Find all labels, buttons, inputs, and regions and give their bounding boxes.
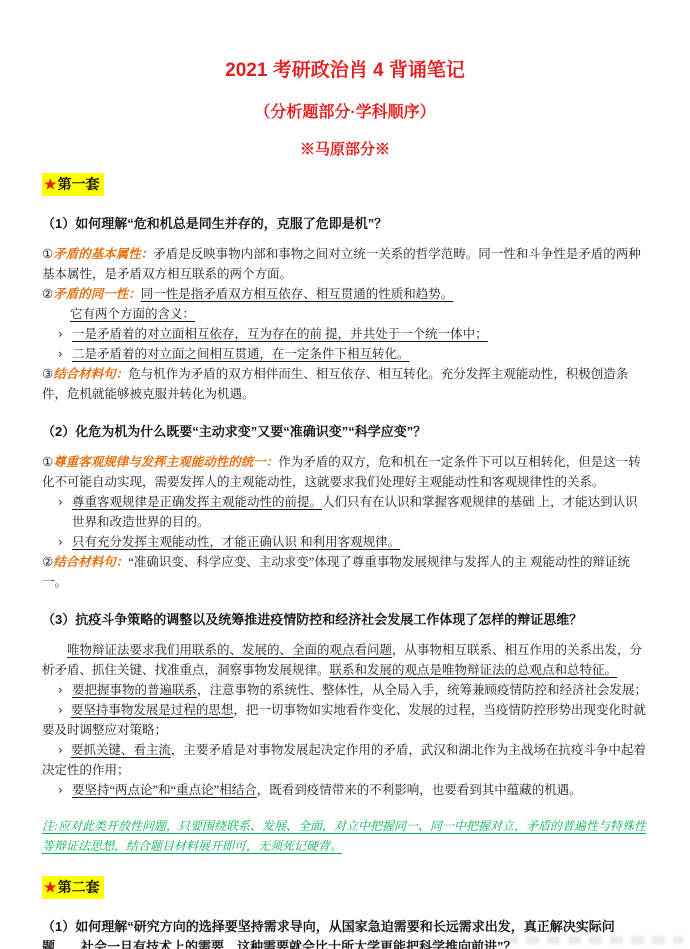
set1-highlight: ★第一套 <box>42 173 104 196</box>
bullet-arrow-icon: › <box>58 703 63 717</box>
note-text: 注:应对此类开放性问题，只要围绕联系、发展、全面，对立中把握同一、同一中把握对立… <box>42 819 646 853</box>
term-label: 矛盾的基本属性： <box>53 247 153 261</box>
circled-number: ② <box>42 555 53 569</box>
bullet-item: ›要坚持“两点论”和“重点论”相结合，既看到疫情带来的不利影响，也要看到其中蕴藏… <box>42 780 648 800</box>
bullet-item: ›要把握事物的普遍联系，注意事物的系统性、整体性，从全局入手，统筹兼顾疫情防控和… <box>42 680 648 700</box>
term-label: 结合材料句： <box>53 555 128 569</box>
teacher-note: 注:应对此类开放性问题，只要围绕联系、发展、全面，对立中把握同一、同一中把握对立… <box>42 816 648 856</box>
question-title-set2-1: （1）如何理解“研究方向的选择要坚持需求导向，从国家急迫需要和长远需求出发，真正… <box>42 917 648 949</box>
page-title: 2021 考研政治肖 4 背诵笔记 <box>42 55 648 82</box>
question-title-2: （2）化危为机为什么既要“主动求变”又要“准确识变”“科学应变”？ <box>42 422 648 442</box>
document-page: 2021 考研政治肖 4 背诵笔记 （分析题部分·学科顺序） ※马原部分※ ★第… <box>0 0 690 949</box>
underlined-text: 唯物辩证法要求我们用联系的、发展的、全面的观点看问题 <box>67 643 392 657</box>
underlined-text: 尊重客观规律是正确发挥主观能动性的前提。 <box>72 495 322 509</box>
bullet-item: ›一是矛盾着的对立面相互依存，互为存在的前 提，并共处于一个统一体中； <box>42 324 648 344</box>
set1-label: 第一套 <box>58 176 100 192</box>
set2-header: ★第二套 <box>42 876 648 899</box>
bullet-arrow-icon: › <box>58 680 63 700</box>
underlined-text: 同一性是指矛盾双方相互依存、相互贯通的性质和趋势。 <box>141 287 454 301</box>
term-label: 尊重客观规律与发挥主观能动性的统一： <box>53 455 278 469</box>
circled-number: ① <box>42 247 53 261</box>
term-label: 结合材料句： <box>53 367 128 381</box>
paragraph-text: “准确识变、科学应变、主动求变”体现了尊重事物发展规律与发挥人的主 观能动性的辩… <box>42 555 630 589</box>
circled-number: ② <box>42 287 53 301</box>
bullet-item: ›尊重客观规律是正确发挥主观能动性的前提。人们只有在认识和掌握客观规律的基础 上… <box>42 492 648 532</box>
bullet-item: ›要坚持事物发展是过程的思想，把一切事物如实地看作变化、发展的过程，当疫情防控形… <box>42 700 648 740</box>
star-icon: ★ <box>44 176 57 192</box>
bullet-arrow-icon: › <box>58 492 63 512</box>
term-label: 矛盾的同一性： <box>53 287 141 301</box>
bullet-arrow-icon: › <box>58 780 63 800</box>
footer-watermark <box>505 936 683 944</box>
underlined-text: 要坚持“两点论”和“重点论”相结合 <box>72 783 257 797</box>
question-title-1: （1）如何理解“危和机总是同生并存的，克服了危即是机”？ <box>42 214 648 234</box>
paragraph: ②结合材料句：“准确识变、科学应变、主动求变”体现了尊重事物发展规律与发挥人的主… <box>42 552 648 592</box>
underlined-text: 只有充分发挥主观能动性，才能正确认识 和利用客观规律。 <box>72 535 400 549</box>
underlined-text: 要把握事物的普遍联系 <box>72 683 197 697</box>
paragraph: ①尊重客观规律与发挥主观能动性的统一：作为矛盾的双方，危和机在一定条件下可以互相… <box>42 452 648 492</box>
bullet-arrow-icon: › <box>58 324 63 344</box>
bullet-arrow-icon: › <box>58 344 63 364</box>
star-icon: ★ <box>44 879 57 895</box>
set2-highlight: ★第二套 <box>42 876 104 899</box>
bullet-item: ›只有充分发挥主观能动性，才能正确认识 和利用客观规律。 <box>42 532 648 552</box>
circled-number: ① <box>42 455 53 469</box>
paragraph-text: ，既看到疫情带来的不利影响，也要看到其中蕴藏的机遇。 <box>257 783 582 797</box>
paragraph-text: 危与机作为矛盾的双方相伴而生、相互依存、相互转化。充分发挥主观能动性，积极创造条… <box>42 367 628 401</box>
set2-label: 第二套 <box>58 879 100 895</box>
paragraph: ③结合材料句：危与机作为矛盾的双方相伴而生、相互依存、相互转化。充分发挥主观能动… <box>42 364 648 404</box>
bullet-item: ›二是矛盾着的对立面之间相互贯通，在一定条件下相互转化。 <box>42 344 648 364</box>
set1-header: ★第一套 <box>42 173 648 196</box>
underlined-text: 一是矛盾着的对立面相互依存，互为存在的前 提，并共处于一个统一体中； <box>72 327 488 341</box>
paragraph: ①矛盾的基本属性：矛盾是反映事物内部和事物之间对立统一关系的哲学范畴。同一性和斗… <box>42 244 648 284</box>
page-subtitle: （分析题部分·学科顺序） <box>42 99 648 122</box>
paragraph: 唯物辩证法要求我们用联系的、发展的、全面的观点看问题，从事物相互联系、相互作用的… <box>42 640 648 680</box>
bullet-arrow-icon: › <box>58 743 63 757</box>
circled-number: ③ <box>42 367 53 381</box>
underlined-text: 要坚持事物发展是过程的思想 <box>71 703 234 717</box>
underlined-text: 它有两个方面的含义： <box>70 307 195 321</box>
underlined-text: 联系和发展的观点是唯物辩证法的总观点和总特征。 <box>330 663 618 677</box>
paragraph: ②矛盾的同一性：同一性是指矛盾双方相互依存、相互贯通的性质和趋势。 <box>42 284 648 304</box>
paragraph-text: ，注意事物的系统性、整体性，从全局入手，统筹兼顾疫情防控和经济社会发展； <box>197 683 647 697</box>
section-header: ※马原部分※ <box>42 138 648 159</box>
bullet-arrow-icon: › <box>58 532 63 552</box>
paragraph: 它有两个方面的含义： <box>70 304 648 324</box>
underlined-text: 要抓关键、看主流 <box>71 743 171 757</box>
question-title-3: （3）抗疫斗争策略的调整以及统筹推进疫情防控和经济社会发展工作体现了怎样的辩证思… <box>42 610 648 630</box>
bullet-item: ›要抓关键、看主流，主要矛盾是对事物发展起决定作用的矛盾，武汉和湖北作为主战场在… <box>42 740 648 780</box>
underlined-text: 二是矛盾着的对立面之间相互贯通，在一定条件下相互转化。 <box>72 347 410 361</box>
